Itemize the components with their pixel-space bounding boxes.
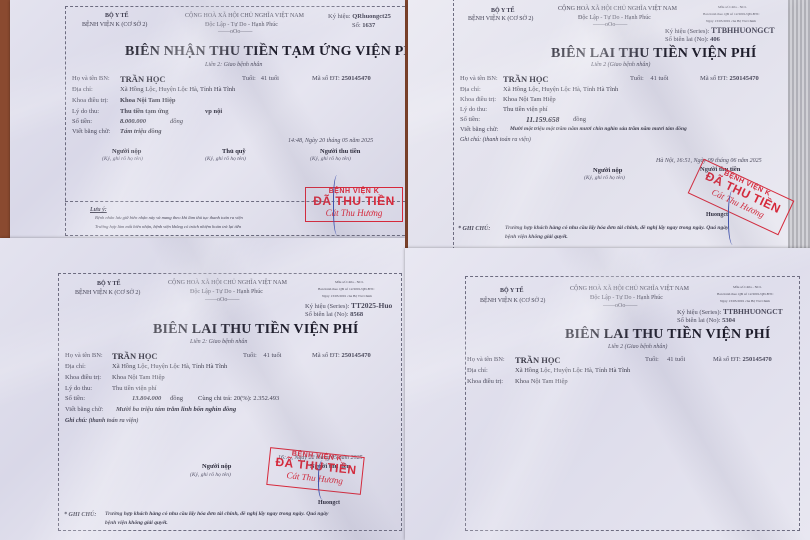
series-value: TTBHHUONGCT: [711, 26, 775, 35]
republic-header: CỘNG HOÀ XÃ HỘI CHỦ NGHĨA VIỆT NAM: [185, 13, 304, 19]
datetime: 14:48, Ngày 20 tháng 05 năm 2025: [288, 138, 373, 144]
address: Xã Hồng Lộc, Huyện Lộc Hà, Tỉnh Hà Tĩnh: [503, 87, 618, 94]
words-label: Viết bằng chữ:: [65, 407, 103, 414]
receipt-title: BIÊN LAI THU TIỀN VIỆN PHÍ: [551, 47, 757, 61]
form-code: Mẫu số C40a - NCL: [733, 286, 762, 290]
amount-label: Số tiền:: [72, 119, 92, 126]
signature: [333, 175, 343, 235]
patient-label: Họ và tên BN:: [460, 76, 498, 83]
motto: Độc Lập - Tự Do - Hạnh Phúc: [205, 22, 278, 28]
dept-label: Khoa điều trị:: [65, 375, 101, 382]
form-code: Mẫu số C40a - NCL: [335, 281, 364, 285]
receipt-hospital-fee-5304: BỘ Y TẾ BỆNH VIỆN K (CƠ SỞ 2) CỘNG HOÀ X…: [405, 248, 810, 540]
remark-2: Trường hợp làm mất biên nhận, bệnh viện …: [95, 225, 241, 230]
receipt-title: BIÊN NHẬN THU TIỀN TẠM ỨNG VIỆN PHÍ: [125, 45, 405, 59]
dept-label: Khoa điều trị:: [460, 97, 496, 104]
number-label: Số biên lai (No):: [665, 36, 709, 43]
number-value: 406: [710, 36, 720, 43]
words-label: Viết bằng chữ:: [460, 127, 498, 134]
motto: Độc Lập - Tự Do - Hạnh Phúc: [578, 15, 651, 21]
ministry: BỘ Y TẾ: [491, 8, 514, 14]
signature: [728, 190, 740, 245]
ministry: BỘ Y TẾ: [97, 281, 120, 287]
payer-label: Người nộp: [202, 464, 231, 471]
receipt-title: BIÊN LAI THU TIỀN VIỆN PHÍ: [153, 323, 359, 337]
reason: Thu tiền viện phí: [503, 107, 548, 114]
number-value: 1637: [362, 22, 375, 29]
ministry: BỘ Y TẾ: [500, 288, 523, 294]
currency: đồng: [573, 117, 586, 124]
patient-id-label: Mã số ĐT:: [312, 352, 340, 359]
reason: Thu tiền tạm ứng: [120, 109, 169, 116]
receipt-hospital-fee-406: BỘ Y TẾ BỆNH VIỆN K (CƠ SỞ 2) CỘNG HOÀ X…: [408, 0, 810, 248]
patient-id-label: Mã số ĐT:: [312, 75, 340, 82]
gc-text-2: bệnh viện không giải quyết.: [105, 521, 168, 527]
words-label: Viết bằng chữ:: [72, 129, 110, 136]
form-decree: Ban hành theo QĐ số 12/2001/QĐ-BTC: [717, 293, 773, 297]
amount-words: Tám triệu đồng: [120, 129, 162, 136]
remark-1: Bệnh nhân lưu giữ biên nhận này và mang …: [95, 216, 243, 221]
series-label: Ký hiệu (Series):: [677, 309, 721, 316]
collector-hint: (Ký, ghi rõ họ tên): [310, 157, 351, 163]
note-label: Ghi chú: (thanh toán ra viện): [65, 418, 139, 424]
gc-text-1: Trường hợp khách hàng có nhu cầu lấy hóa…: [105, 512, 328, 518]
copy-label: Liên 2 (Giao bệnh nhân): [608, 344, 667, 350]
patient-id: 250145470: [742, 356, 771, 363]
number-value: 8568: [350, 311, 363, 318]
copy-label: Liên 2 (Giao bệnh nhân): [591, 62, 650, 68]
age-value: 41: [261, 75, 268, 82]
motto: Độc Lập - Tự Do - Hạnh Phúc: [590, 295, 663, 301]
payer-hint: (Ký, ghi rõ họ tên): [102, 157, 143, 163]
age-label: Tuổi:: [645, 356, 659, 363]
form-decree: Ban hành theo QĐ số 12/2001/QĐ-BTC: [703, 13, 759, 17]
cashier-hint: (Ký, ghi rõ họ tên): [205, 157, 246, 163]
patient-id-label: Mã số ĐT:: [700, 75, 728, 82]
dept-label: Khoa điều trị:: [467, 379, 503, 386]
series-value: TTBHHUONGCT: [723, 307, 783, 316]
patient-label: Họ và tên BN:: [72, 76, 110, 83]
gc-label: * GHI CHÚ:: [64, 512, 96, 518]
series-value: QRhuongct25: [352, 13, 391, 20]
dept: Khoa Nội Tam Hiệp: [112, 375, 165, 382]
age-unit: tuổi: [658, 75, 668, 82]
cashier-label: Thủ quỹ: [222, 149, 246, 156]
form-date: Ngày 13/03/2001 của Bộ Tài Chính: [706, 20, 756, 24]
form-date: Ngày 13/03/2001 của Bộ Tài Chính: [720, 300, 770, 304]
amount-words: Mười một triệu một trăm năm mươi chín ng…: [510, 127, 687, 133]
payer-label: Người nộp: [112, 149, 141, 156]
copay: Cùng chi trả: 20(%): 2.352.493: [198, 396, 279, 403]
series-label: Ký hiệu (Series):: [665, 28, 709, 35]
collector-label: Người thu tiền: [320, 149, 360, 156]
patient-name: TRẦN HỌC: [112, 352, 158, 361]
currency: đồng: [170, 119, 183, 126]
number-value: 5304: [722, 317, 735, 324]
address: Xã Hồng Lộc, Huyện Lộc Hà, Tỉnh Hà Tĩnh: [120, 87, 235, 94]
republic-header: CỘNG HOÀ XÃ HỘI CHỦ NGHĨA VIỆT NAM: [558, 6, 677, 12]
patient-id: 250145470: [341, 75, 370, 82]
dept-label: Khoa điều trị:: [72, 98, 108, 105]
amount: 11.159.658: [526, 116, 559, 124]
age-value: 41: [650, 75, 657, 82]
age-value: 41: [263, 352, 270, 359]
patient-name: TRẦN HỌC: [120, 75, 166, 84]
address-label: Địa chỉ:: [460, 87, 481, 94]
number-label: Số:: [352, 22, 361, 29]
receipt-title: BIÊN LAI THU TIỀN VIỆN PHÍ: [565, 328, 771, 342]
stamp-line-3: Cát Thu Hương: [306, 208, 402, 218]
payer-label: Người nộp: [593, 168, 622, 175]
motto-divider: ——oOo——: [603, 303, 637, 309]
ministry: BỘ Y TẾ: [105, 13, 128, 19]
paid-stamp: BỆNH VIỆN K ĐÃ THU TIỀN Cát Thu Hương: [305, 187, 403, 222]
motto: Độc Lập - Tự Do - Hạnh Phúc: [190, 289, 263, 295]
form-decree: Ban hành theo QĐ số 12/2001/QĐ-BTC: [318, 288, 374, 292]
amount-label: Số tiền:: [65, 396, 85, 403]
age-unit: tuổi: [269, 75, 279, 82]
gc-text-1: Trường hợp khách hàng có nhu cầu lấy hóa…: [505, 226, 728, 232]
reason-label: Lý do thu:: [72, 109, 99, 116]
form-date: Ngày 13/03/2001 của Bộ Tài Chính: [322, 295, 372, 299]
series-value: TT2025-Huo: [351, 301, 392, 310]
motto-divider: ——oOo——: [218, 29, 252, 35]
hospital-name: BỆNH VIỆN K (CƠ SỞ 2): [468, 16, 533, 22]
dept: Khoa Nội Tam Hiệp: [503, 97, 556, 104]
address-label: Địa chỉ:: [65, 364, 86, 371]
amount: 13.804.000: [132, 396, 161, 403]
amount-label: Số tiền:: [460, 117, 480, 124]
motto-divider: ——oOo——: [205, 297, 239, 303]
hospital-name: BỆNH VIỆN K (CƠ SỞ 2): [75, 290, 140, 296]
receipt-hospital-fee-8568: BỘ Y TẾ BỆNH VIỆN K (CƠ SỞ 2) CỘNG HOÀ X…: [0, 238, 405, 540]
patient-name: TRẦN HỌC: [515, 356, 561, 365]
amount: 8.000.000: [120, 119, 146, 126]
receipt-advance-payment: BỘ Y TẾ BỆNH VIỆN K (CƠ SỞ 2) CỘNG HOÀ X…: [10, 0, 405, 238]
signature: [318, 460, 330, 500]
stamp-line-2: ĐÃ THU TIỀN: [306, 195, 402, 208]
form-code: Mẫu số C40a - NCL: [718, 6, 747, 10]
gc-text-2: bệnh viện không giải quyết.: [505, 235, 568, 241]
hospital-name: BỆNH VIỆN K (CƠ SỞ 2): [480, 298, 545, 304]
age-unit: tuổi: [271, 352, 281, 359]
copy-label: Liên 2: Giao bệnh nhân: [205, 62, 262, 68]
number-label: Số biên lai (No):: [305, 311, 349, 318]
patient-id: 250145470: [729, 75, 758, 82]
payer-hint: (Ký, ghi rõ họ tên): [584, 176, 625, 182]
series-label: Ký hiệu:: [328, 13, 351, 20]
age-label: Tuổi:: [243, 352, 257, 359]
remarks-title: Lưu ý:: [90, 207, 107, 213]
reason-extra: vp nội: [205, 109, 222, 116]
republic-header: CỘNG HOÀ XÃ HỘI CHỦ NGHĨA VIỆT NAM: [570, 286, 689, 292]
republic-header: CỘNG HOÀ XÃ HỘI CHỦ NGHĨA VIỆT NAM: [168, 280, 287, 286]
age-label: Tuổi:: [242, 75, 256, 82]
gc-label: * GHI CHÚ:: [458, 226, 490, 232]
patient-id-label: Mã số ĐT:: [713, 356, 741, 363]
patient-name: TRẦN HỌC: [503, 75, 549, 84]
address: Xã Hồng Lộc, Huyện Lộc Hà, Tỉnh Hà Tĩnh: [112, 364, 227, 371]
patient-id: 250145470: [341, 352, 370, 359]
dept: Khoa Nội Tam Hiệp: [515, 379, 568, 386]
signer: Huongct: [318, 500, 340, 506]
reason-label: Lý do thu:: [460, 107, 487, 114]
reason: Thu tiền viện phí: [112, 386, 157, 393]
age-unit: tuổi: [675, 356, 685, 363]
motto-divider: ——oOo——: [593, 22, 627, 28]
patient-label: Họ và tên BN:: [467, 357, 505, 364]
reason-label: Lý do thu:: [65, 386, 92, 393]
age-value: 41: [667, 356, 674, 363]
currency: đồng: [170, 396, 183, 403]
address: Xã Hồng Lộc, Huyện Lộc Hà, Tỉnh Hà Tĩnh: [515, 368, 630, 375]
age-label: Tuổi:: [630, 75, 644, 82]
address-label: Địa chỉ:: [72, 87, 93, 94]
note-label: Ghi chú: (thanh toán ra viện): [460, 137, 531, 143]
address-label: Địa chỉ:: [467, 368, 488, 375]
hospital-name: BỆNH VIỆN K (CƠ SỞ 2): [82, 22, 147, 28]
patient-label: Họ và tên BN:: [65, 353, 103, 360]
dept: Khoa Nội Tam Hiệp: [120, 98, 175, 105]
number-label: Số biên lai (No):: [677, 317, 721, 324]
series-label: Ký hiệu (Series):: [305, 303, 349, 310]
amount-words: Mười ba triệu tám trăm linh bốn nghìn đồ…: [116, 407, 236, 414]
payer-hint: (Ký, ghi rõ họ tên): [190, 473, 231, 479]
copy-label: Liên 2: Giao bệnh nhân: [190, 339, 247, 345]
signer: Huongct: [706, 212, 728, 218]
